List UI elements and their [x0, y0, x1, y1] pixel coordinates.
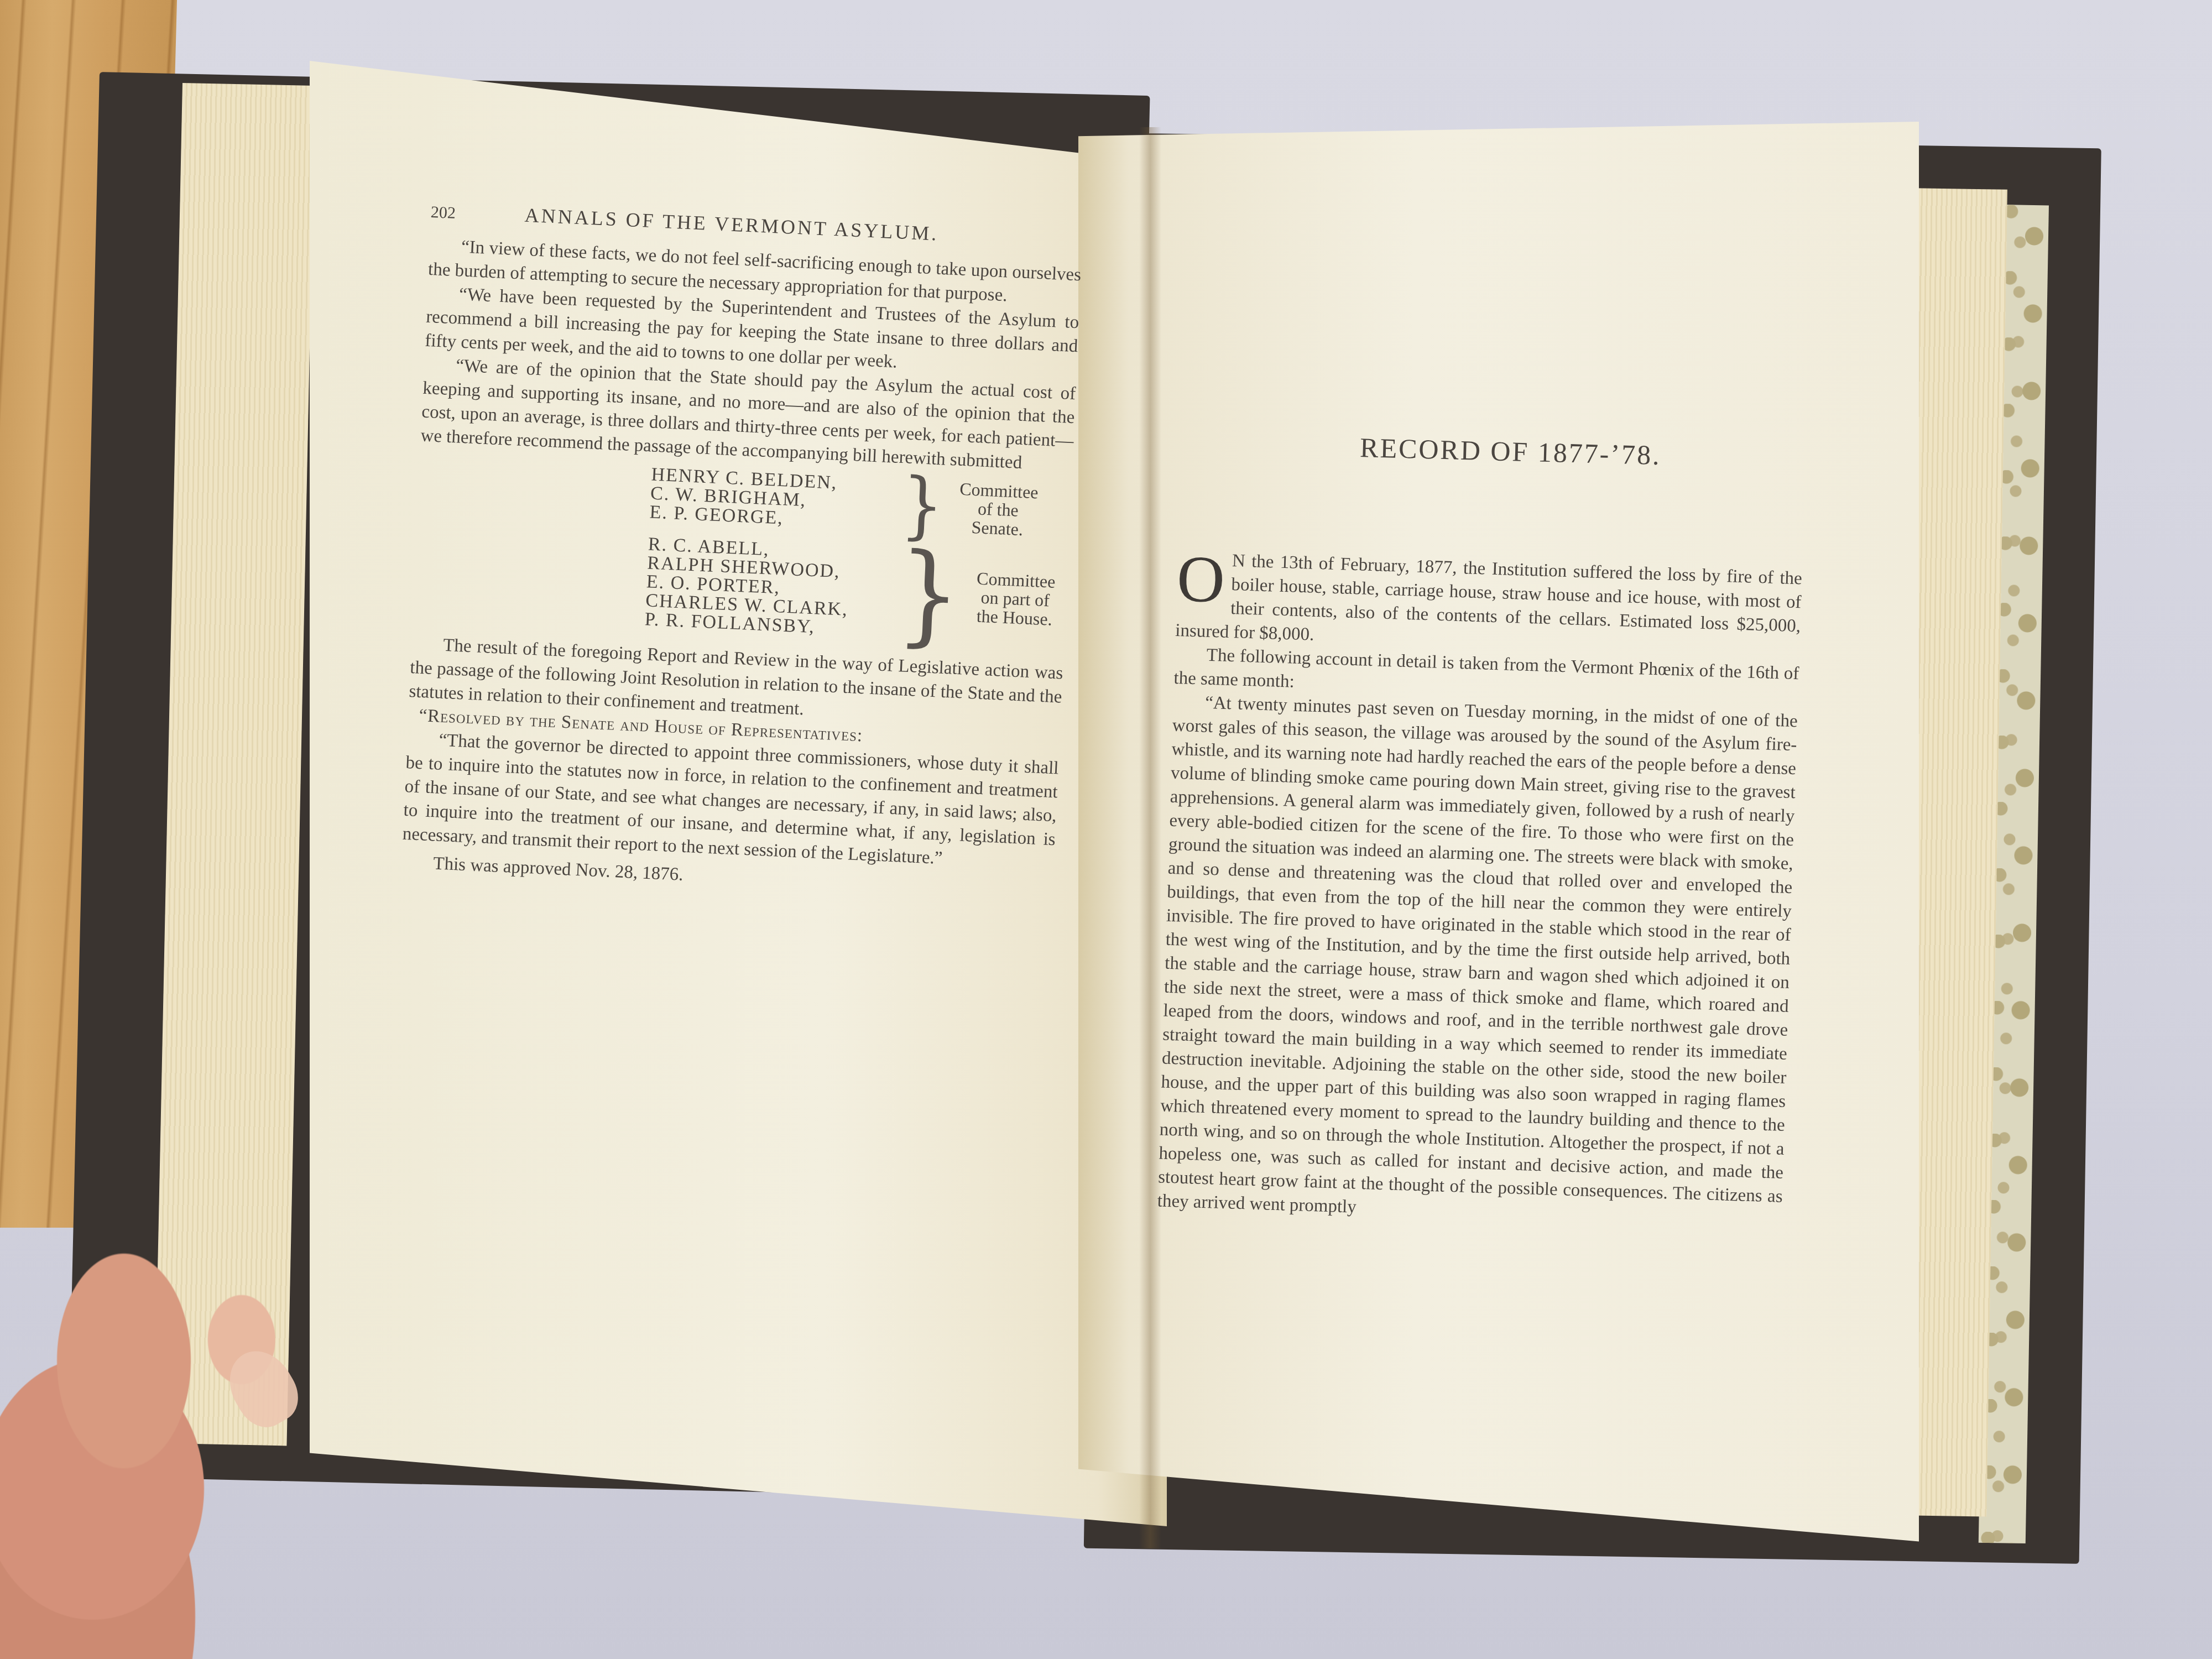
right-page-text: O N the 13th of February, 1877, the Inst… — [1157, 547, 1802, 1233]
committee-label: Committee on part of the House. — [967, 568, 1063, 629]
left-page-text: 202 ANNALS OF THE VERMONT ASYLUM. “In vi… — [401, 199, 1083, 904]
house-committee: R. C. ABELL, RALPH SHERWOOD, E. O. PORTE… — [644, 532, 1065, 650]
hand — [0, 1233, 310, 1659]
signatories: HENRY C. BELDEN, C. W. BRIGHAM, E. P. GE… — [644, 461, 1072, 656]
brace-icon: } — [895, 539, 963, 651]
opening-text: N the 13th of February, 1877, the Instit… — [1175, 551, 1803, 645]
book-gutter — [1139, 127, 1161, 1548]
drop-cap: O — [1176, 552, 1226, 607]
page-number: 202 — [430, 200, 525, 228]
quoted-account: “At twenty minutes past seven on Tuesday… — [1157, 690, 1798, 1233]
committee-label: Committee of the Senate. — [950, 479, 1046, 540]
opening-paragraph: O N the 13th of February, 1877, the Inst… — [1175, 547, 1803, 662]
